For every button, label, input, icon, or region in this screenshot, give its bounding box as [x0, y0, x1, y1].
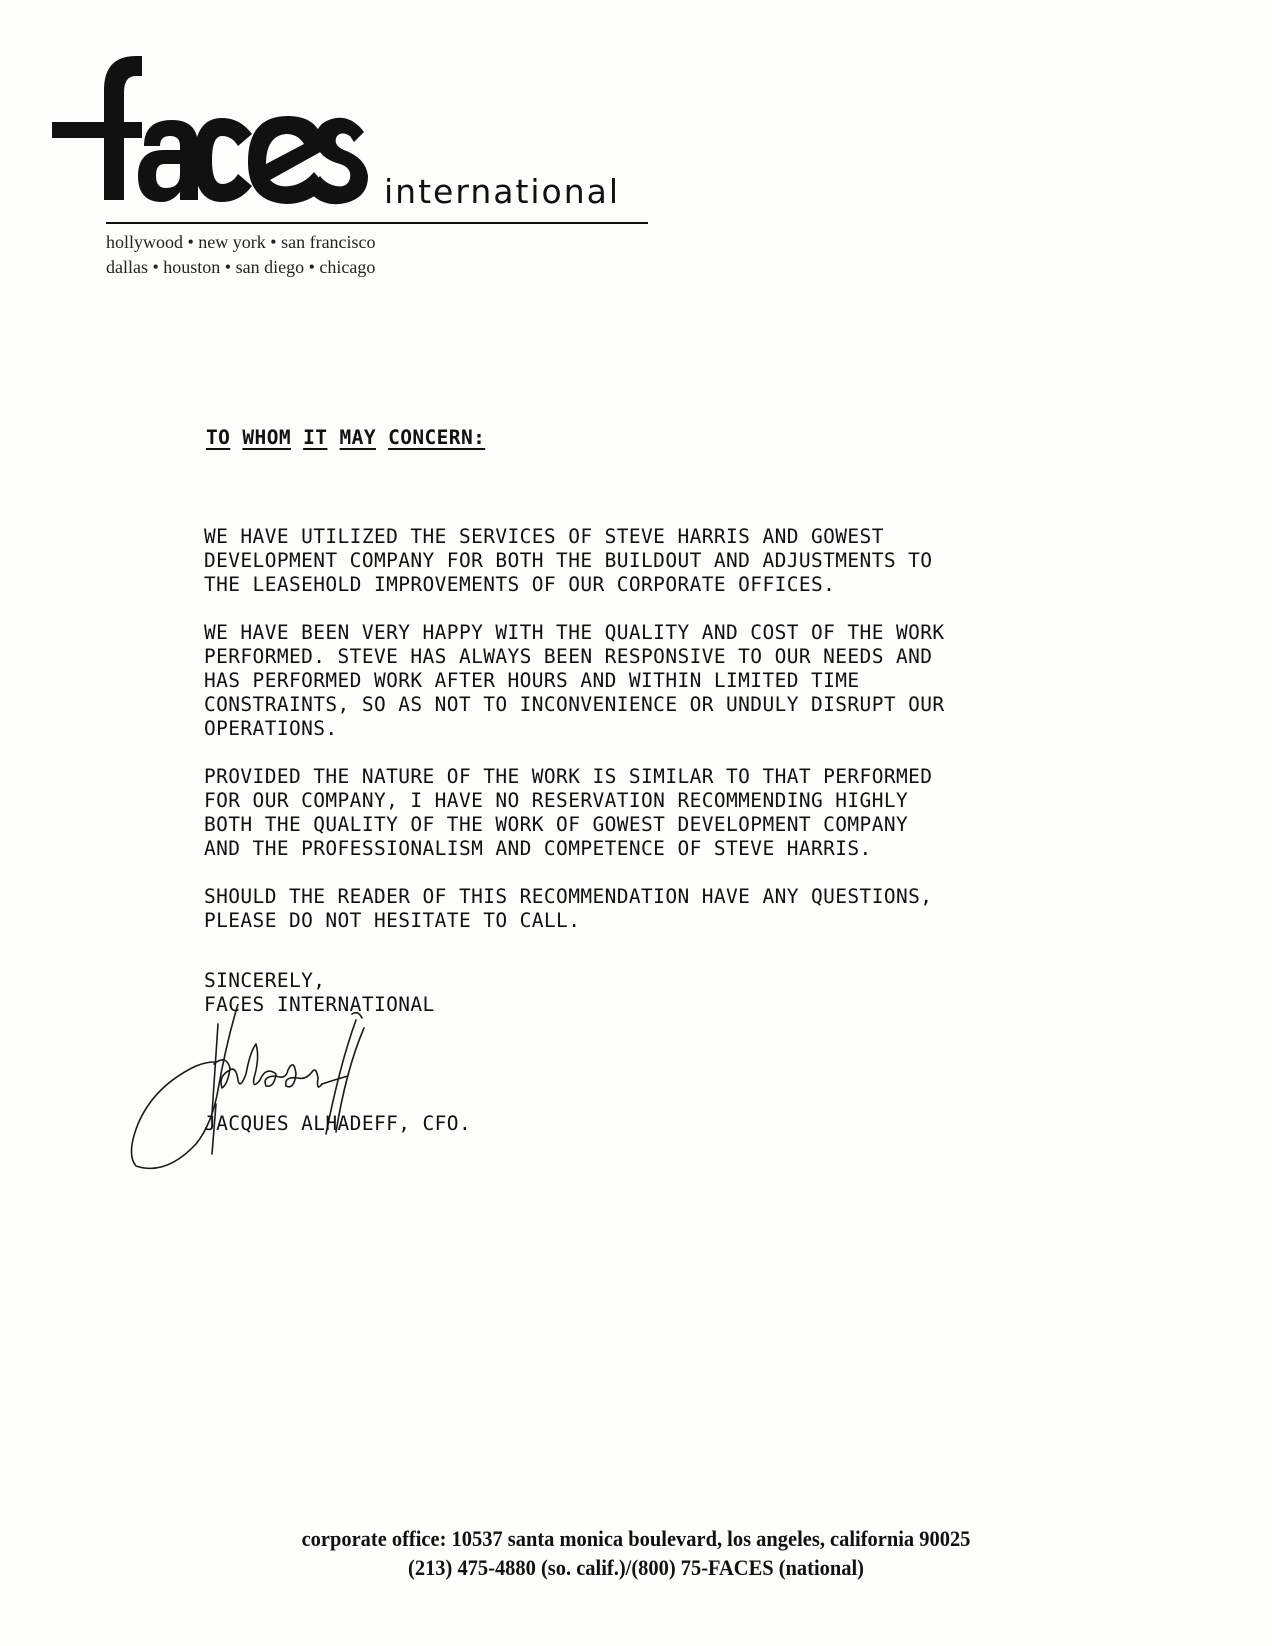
body-paragraph: SHOULD THE READER OF THIS RECOMMENDATION… [204, 885, 1124, 933]
body-paragraph: WE HAVE BEEN VERY HAPPY WITH THE QUALITY… [204, 621, 1124, 741]
salutation-word: WHOM [242, 426, 291, 449]
corporate-footer: corporate office: 10537 santa monica bou… [45, 1524, 1228, 1582]
salutation-word: TO [206, 426, 230, 449]
signer-name: JACQUES ALHADEFF, CFO. [204, 1112, 471, 1135]
faces-logo-icon [52, 50, 382, 210]
body-paragraph: WE HAVE UTILIZED THE SERVICES OF STEVE H… [204, 525, 1124, 597]
body-paragraph: PROVIDED THE NATURE OF THE WORK IS SIMIL… [204, 765, 1124, 861]
handwritten-signature-icon [126, 1004, 416, 1174]
footer-address: corporate office: 10537 santa monica bou… [45, 1524, 1228, 1553]
logo-suffix: international [384, 172, 620, 211]
office-cities: hollywood • new york • san francisco dal… [106, 230, 376, 280]
salutation-word: CONCERN: [388, 426, 485, 449]
salutation-word: MAY [340, 426, 376, 449]
cities-line-1: hollywood • new york • san francisco [106, 230, 376, 255]
letter-body: WE HAVE UTILIZED THE SERVICES OF STEVE H… [204, 525, 1124, 957]
cities-line-2: dallas • houston • san diego • chicago [106, 255, 376, 280]
letterhead: international hollywood • new york • san… [52, 50, 652, 290]
salutation-word: IT [303, 426, 327, 449]
salutation: TO WHOM IT MAY CONCERN: [206, 426, 485, 449]
letterhead-rule [106, 222, 648, 224]
footer-phone: (213) 475-4880 (so. calif.)/(800) 75-FAC… [45, 1553, 1228, 1582]
